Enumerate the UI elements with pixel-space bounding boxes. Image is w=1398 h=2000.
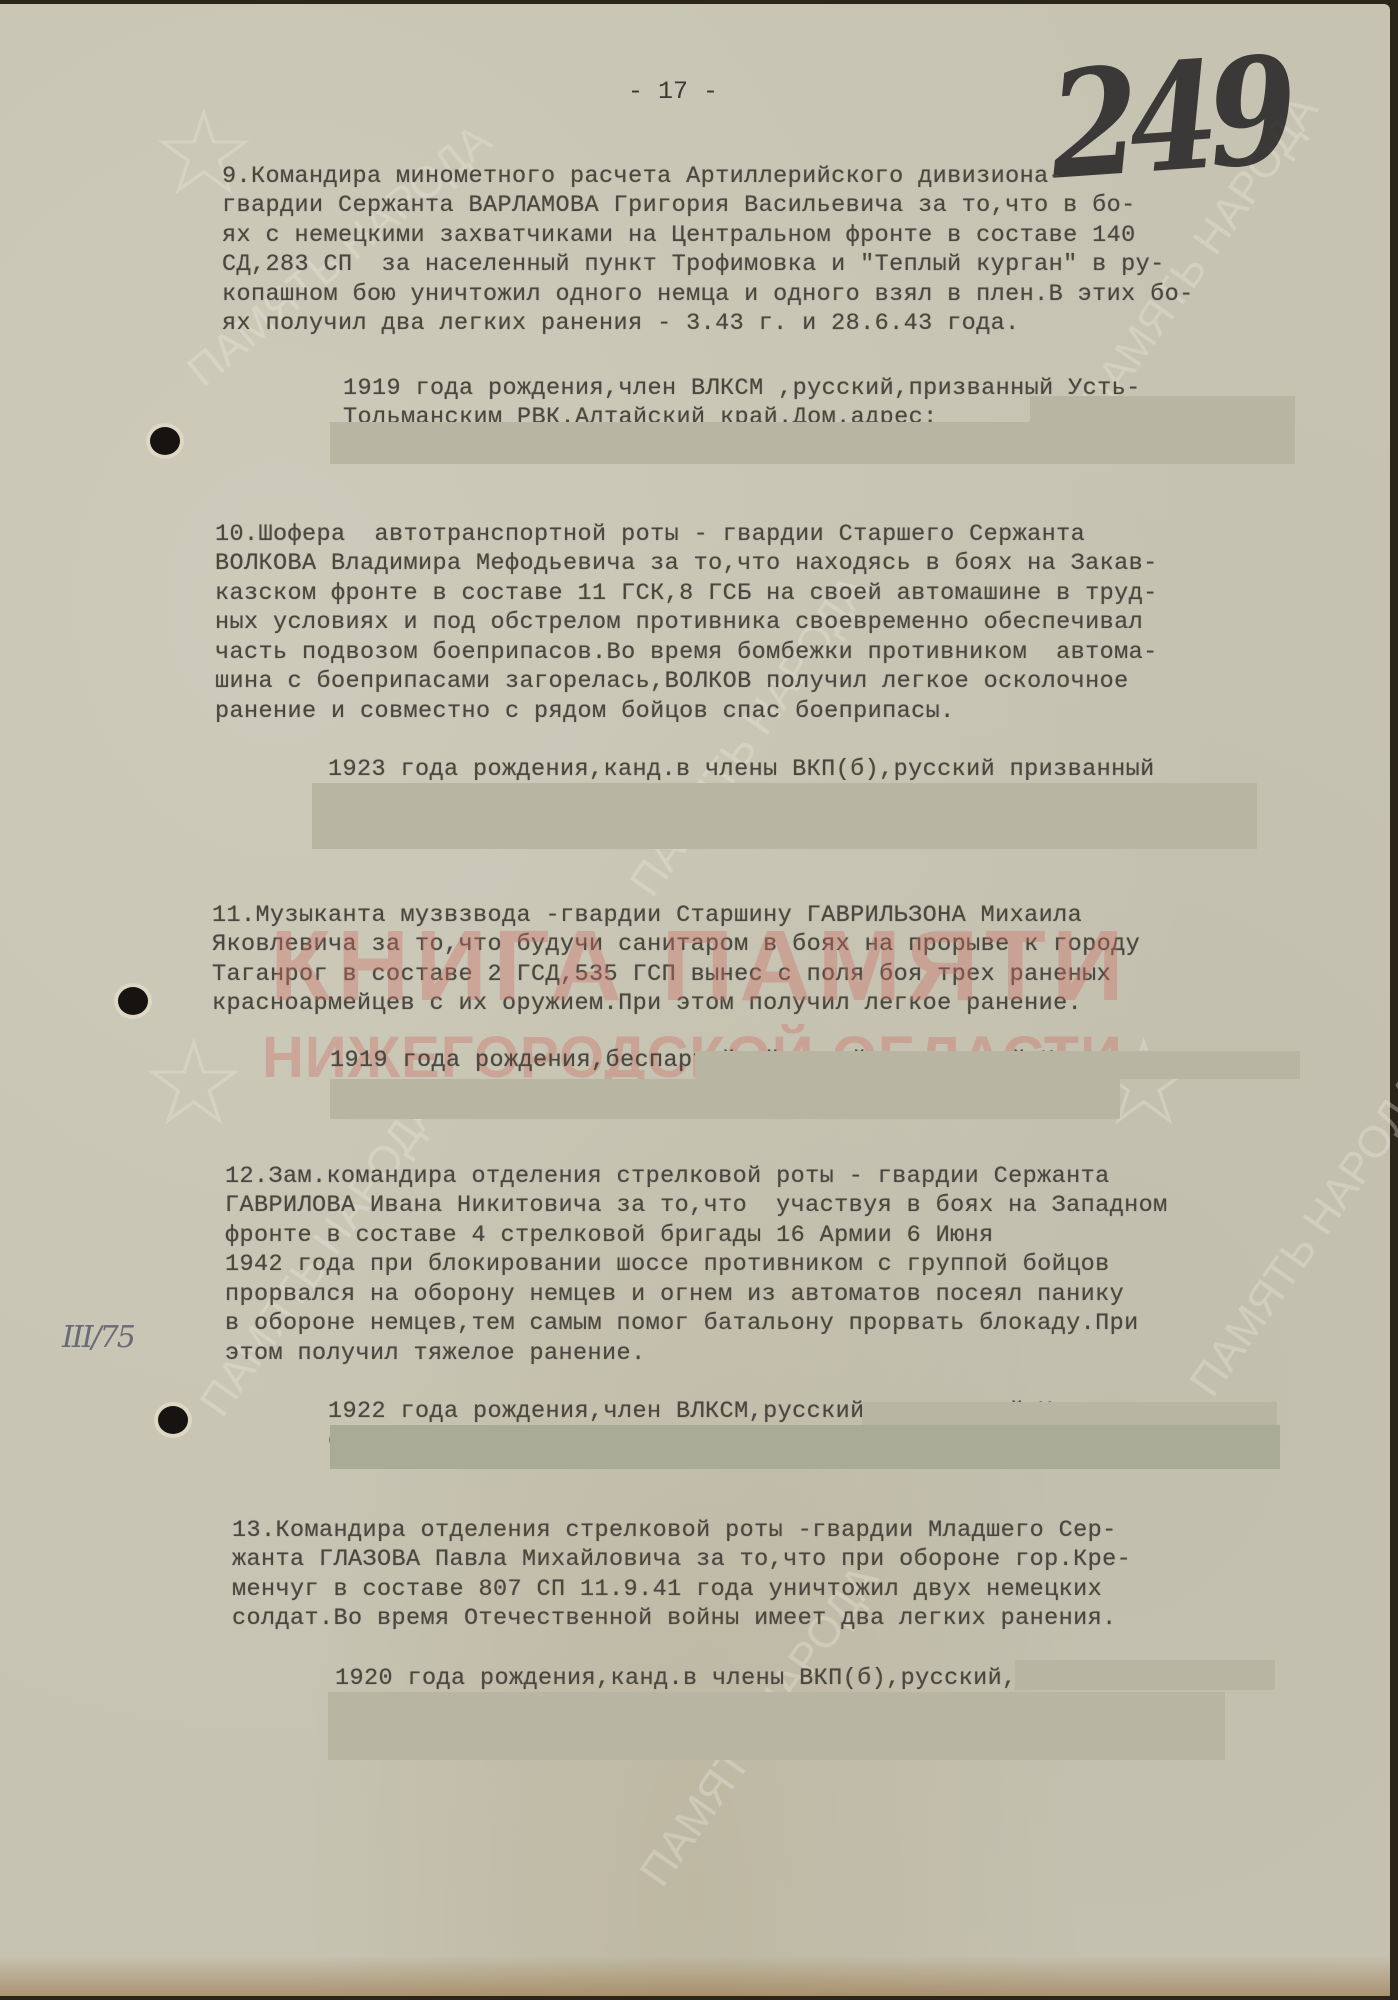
redacted-address	[330, 1425, 1280, 1469]
burned-edge	[0, 1956, 1390, 1996]
punch-hole	[158, 1406, 188, 1434]
redacted-address	[695, 1051, 1300, 1079]
entry-10-text: 10.Шофера автотранспортной роты - гварди…	[215, 490, 1158, 726]
redacted-address	[328, 1692, 1225, 1760]
punch-hole	[150, 427, 180, 455]
redacted-address	[1015, 1660, 1275, 1690]
watermark-title: КНИГА ПАМЯТИ	[270, 909, 1130, 1024]
entry-9-text: 9.Командира минометного расчета Артиллер…	[222, 132, 1194, 339]
entry-9-bio: 1919 года рождения,член ВЛКСМ ,русский,п…	[343, 344, 1141, 433]
watermark-overlay: ПАМЯТЬ НАРОДА	[1183, 1068, 1398, 1404]
margin-handwritten-note: ІІІ/75	[62, 1320, 134, 1355]
page-number: - 17 -	[628, 77, 718, 106]
redacted-address	[330, 1079, 1120, 1119]
entry-13-text: 13.Командира отделения стрелковой роты -…	[232, 1486, 1131, 1634]
document-page: ☆ ПАМЯТЬ НАРОДА ПАМЯТЬ НАРОДА ПАМЯТЬ НАР…	[0, 4, 1390, 1996]
entry-12-text: 12.Зам.командира отделения стрелковой ро…	[225, 1132, 1168, 1368]
redacted-address	[330, 422, 1295, 464]
redacted-address	[312, 783, 1257, 849]
punch-hole	[118, 987, 148, 1015]
